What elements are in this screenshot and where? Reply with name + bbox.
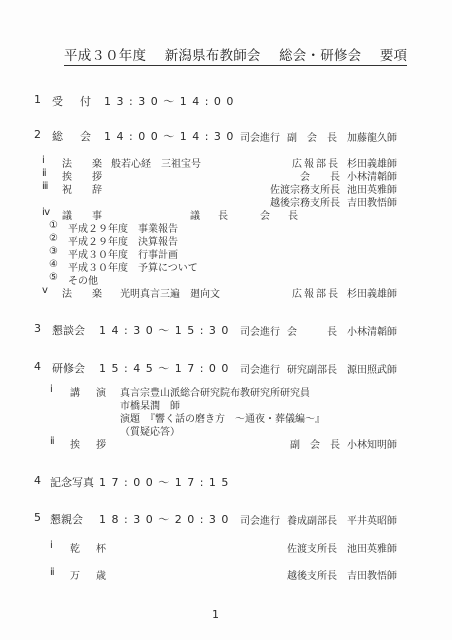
section-label: 研修会: [52, 360, 85, 376]
title-org: 新潟県布教師会: [165, 48, 261, 64]
item-number: ⅳ: [42, 207, 50, 218]
item-label: 講 演: [70, 384, 109, 399]
lecture-qa: （質疑応答）: [120, 423, 180, 438]
item-role: 議 長 会 長: [190, 207, 302, 222]
agenda-number: ⑤: [49, 272, 58, 283]
item-number: ⅱ: [42, 168, 47, 179]
item-number: ⅰ: [50, 540, 53, 551]
section-label: 受 付: [52, 93, 94, 109]
agenda-number: ③: [49, 246, 58, 257]
section-label: 懇談会: [52, 322, 85, 338]
section-number: 2: [34, 128, 41, 141]
mc-label: 司会進行: [240, 361, 280, 376]
section-number: 4: [34, 474, 41, 487]
section-label: 総 会: [52, 128, 94, 144]
item-label: 法 楽: [62, 285, 102, 300]
item-number: ⅱ: [50, 567, 55, 578]
mc-name: 平井英昭師: [347, 512, 397, 527]
item-detail: 光明真言三遍 廻向文: [120, 285, 220, 300]
section-time: 18:30～20:30: [99, 511, 234, 527]
item-number: ⅴ: [42, 285, 48, 296]
item-name: 吉田教悟師: [347, 567, 397, 582]
document-page: 平成３０年度 新潟県布教師会 総会・研修会 要項 1 受 付 13:30～14:…: [0, 0, 452, 640]
agenda-number: ④: [49, 259, 58, 270]
mc-label: 司会進行: [240, 323, 280, 338]
agenda-number: ①: [49, 220, 58, 231]
item-number: ⅲ: [42, 181, 48, 192]
item-label: 万 歳: [70, 567, 109, 582]
mc-role: 副 会 長: [287, 129, 337, 144]
item-label: 挨 拶: [70, 436, 109, 451]
title-event: 総会・研修会: [279, 48, 361, 64]
section-time: 17:00～17:15: [99, 474, 234, 490]
item-name: 杉田義雄師: [347, 285, 397, 300]
item-name: 池田英雅師: [347, 540, 397, 555]
item-name: 吉田教悟師: [347, 194, 397, 209]
item-detail: 般若心経 三祖宝号: [111, 155, 201, 170]
mc-name: 小林清韜師: [347, 323, 397, 338]
mc-label: 司会進行: [240, 129, 280, 144]
item-label: 乾 杯: [70, 540, 109, 555]
agenda-number: ②: [49, 233, 58, 244]
item-role: 佐渡支所長: [287, 540, 337, 555]
section-time: 13:30～14:00: [104, 93, 239, 109]
section-number: 5: [34, 511, 41, 524]
section-label: 懇親会: [50, 511, 83, 527]
section-number: 1: [34, 93, 41, 106]
item-number: ⅰ: [42, 155, 45, 166]
item-number: ⅰ: [50, 384, 53, 395]
item-role: 広報部長: [270, 285, 340, 300]
section-time: 14:00～14:30: [104, 128, 239, 144]
page-number: 1: [212, 608, 219, 621]
mc-label: 司会進行: [240, 512, 280, 527]
mc-role: 養成副部長: [287, 512, 337, 527]
title-year: 平成３０年度: [64, 48, 146, 64]
item-role: 副 会 長: [270, 436, 340, 451]
section-number: 3: [34, 322, 41, 335]
mc-role: 会 長: [287, 323, 337, 338]
section-time: 15:45～17:00: [99, 360, 234, 376]
item-label: 祝 辞: [62, 181, 102, 196]
mc-name: 源田照武師: [347, 361, 397, 376]
item-number: ⅱ: [50, 436, 55, 447]
section-time: 14:30～15:30: [99, 322, 234, 338]
mc-name: 加藤龍久師: [347, 129, 397, 144]
document-title: 平成３０年度 新潟県布教師会 総会・研修会 要項: [64, 44, 407, 66]
section-number: 4: [34, 360, 41, 373]
title-outline: 要項: [380, 48, 407, 64]
section-label: 記念写真: [50, 474, 94, 490]
item-role: 越後支所長: [287, 567, 337, 582]
mc-role: 研究副部長: [287, 361, 337, 376]
item-name: 小林知明師: [347, 436, 397, 451]
